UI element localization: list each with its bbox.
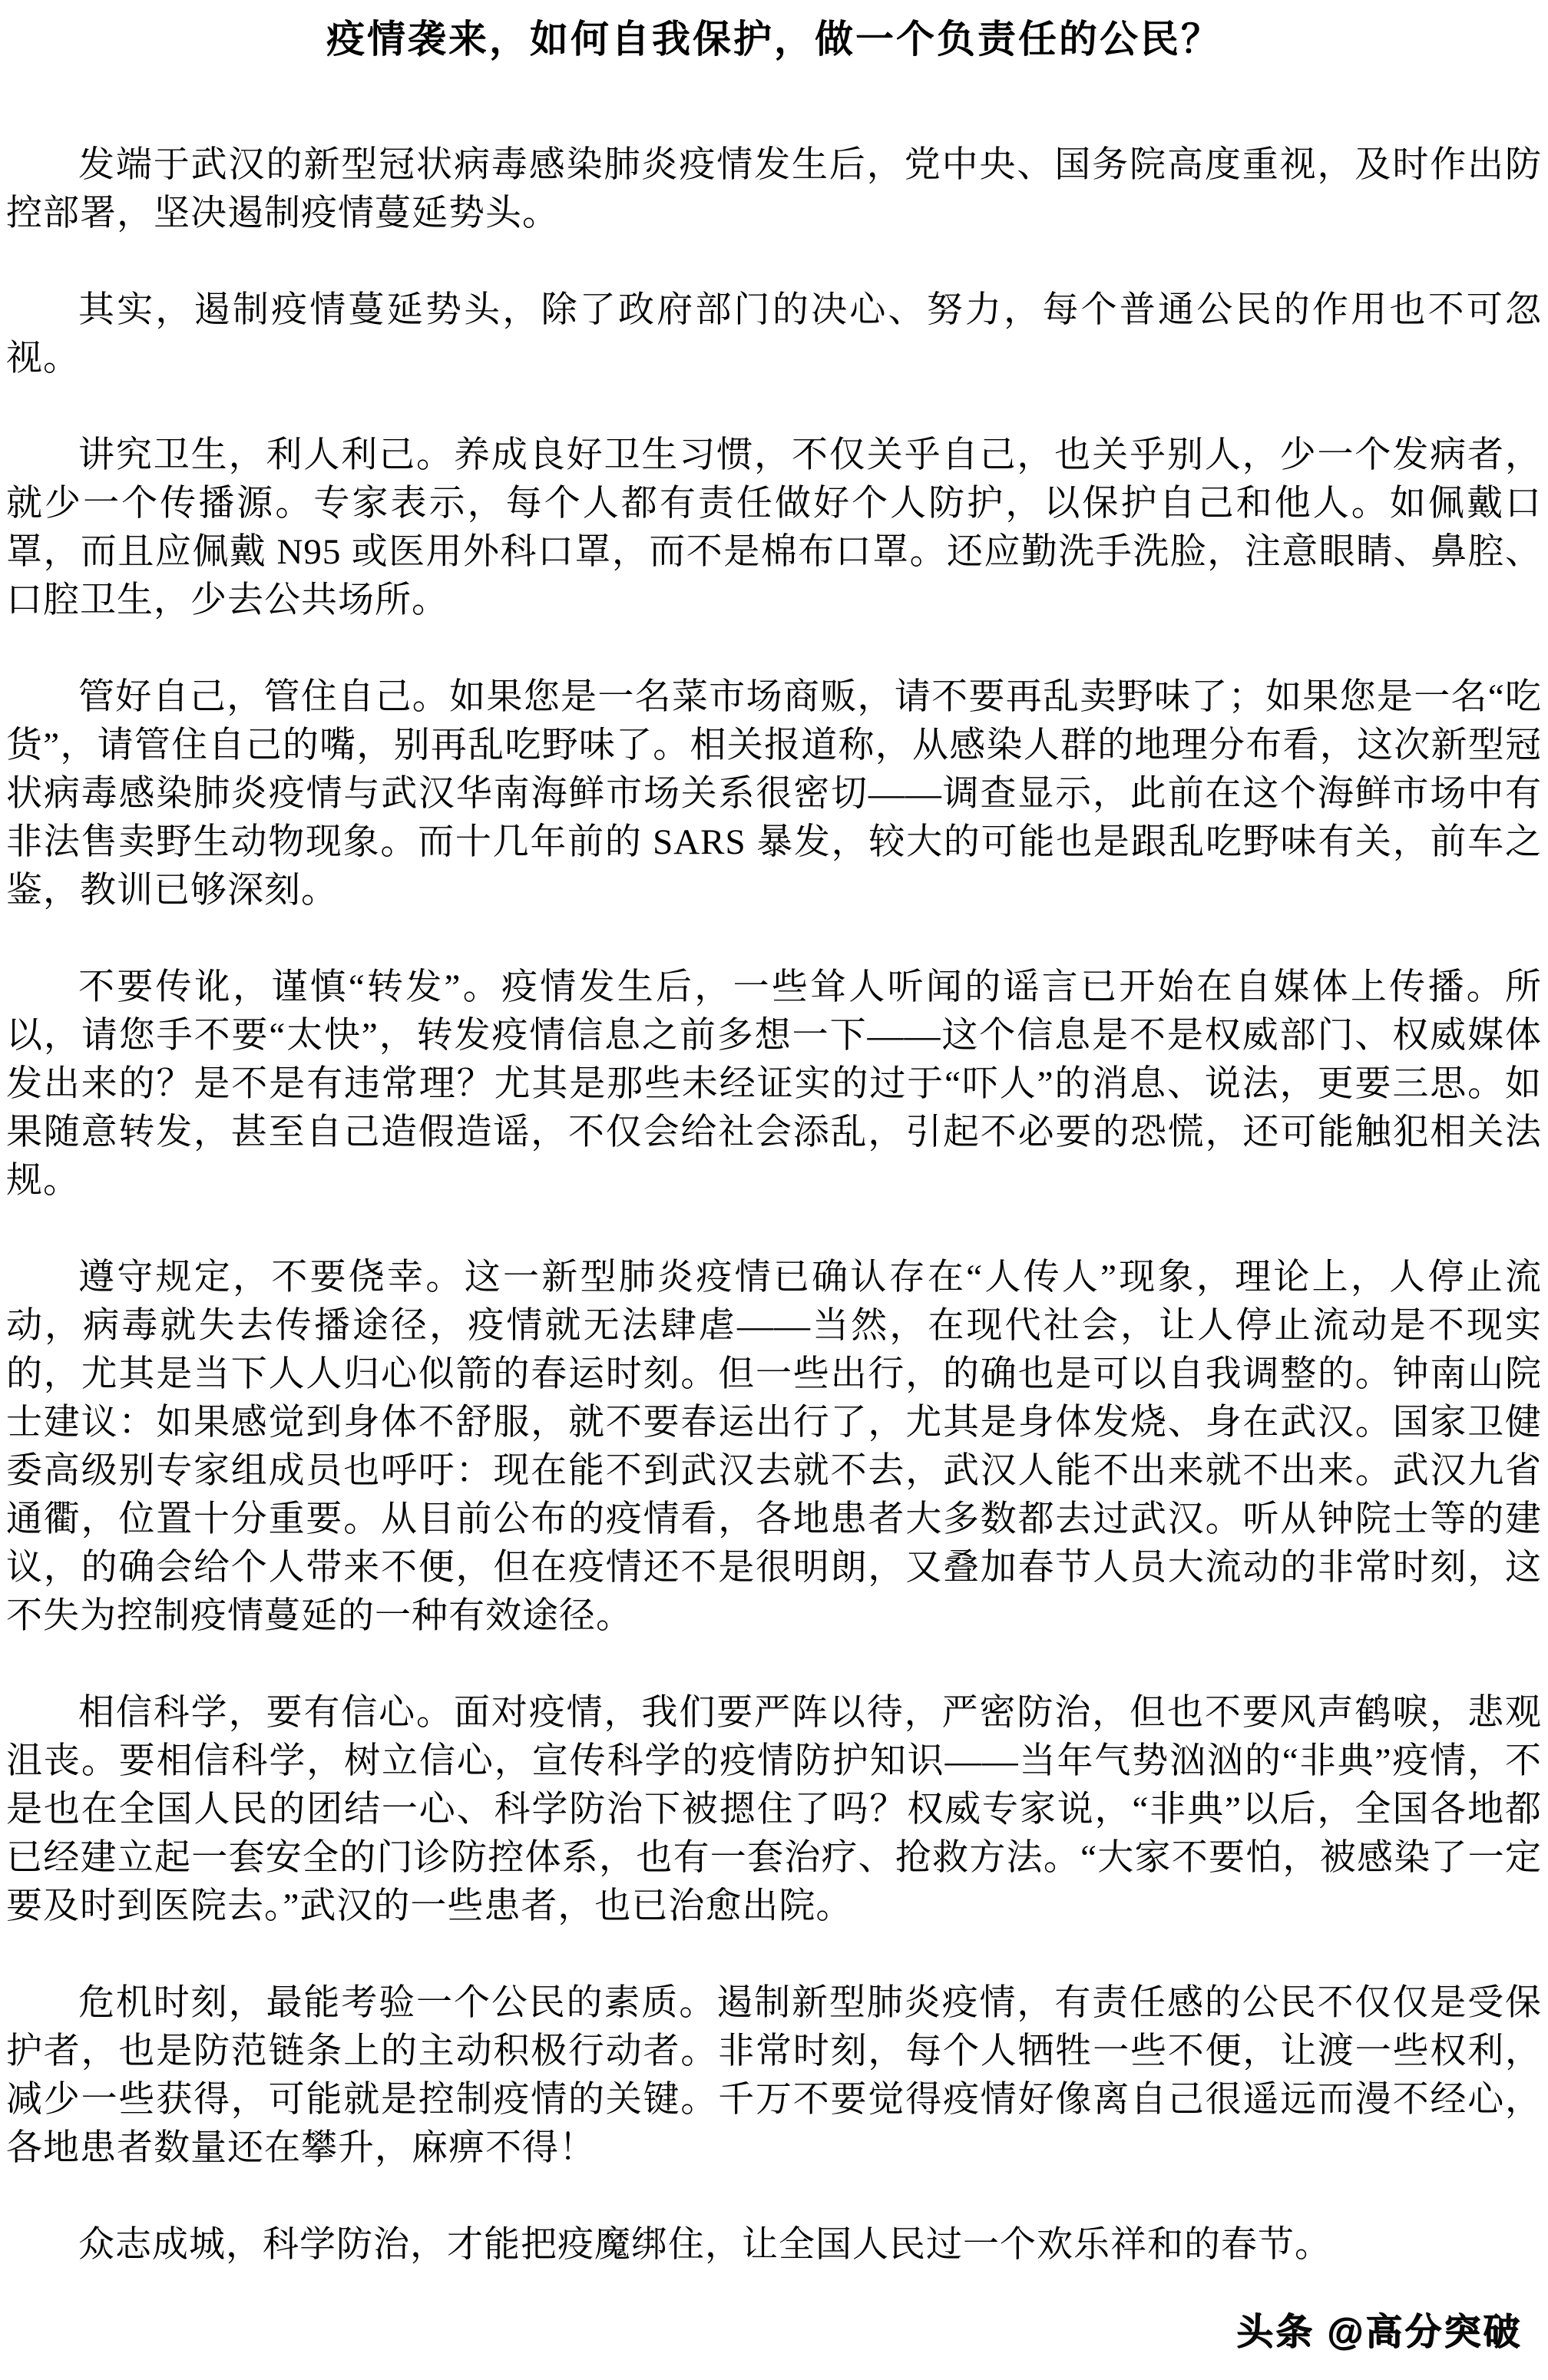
paragraph: 众志成城，科学防治，才能把疫魔绑住，让全国人民过一个欢乐祥和的春节。 xyxy=(6,2221,1542,2269)
paragraph: 遵守规定，不要侥幸。这一新型肺炎疫情已确认存在“人传人”现象，理论上，人停止流动… xyxy=(6,1254,1542,1641)
paragraph: 讲究卫生，利人利己。养成良好卫生习惯，不仅关乎自己，也关乎别人，少一个发病者，就… xyxy=(6,431,1542,625)
paragraph: 发端于武汉的新型冠状病毒感染肺炎疫情发生后，党中央、国务院高度重视，及时作出防控… xyxy=(6,141,1542,238)
toutiao-watermark: 头条 @高分突破 xyxy=(1236,2302,1522,2355)
page-title: 疫情袭来，如何自我保护，做一个负责任的公民？ xyxy=(6,14,1542,64)
article-page: 疫情袭来，如何自我保护，做一个负责任的公民？ 发端于武汉的新型冠状病毒感染肺炎疫… xyxy=(0,0,1548,2269)
paragraph: 其实，遏制疫情蔓延势头，除了政府部门的决心、努力，每个普通公民的作用也不可忽视。 xyxy=(6,286,1542,383)
paragraph: 管好自己，管住自己。如果您是一名菜市场商贩，请不要再乱卖野味了；如果您是一名“吃… xyxy=(6,673,1542,915)
paragraph: 相信科学，要有信心。面对疫情，我们要严阵以待，严密防治，但也不要风声鹤唳，悲观沮… xyxy=(6,1689,1542,1931)
paragraph: 危机时刻，最能考验一个公民的素质。遏制新型肺炎疫情，有责任感的公民不仅仅是受保护… xyxy=(6,1979,1542,2173)
paragraph: 不要传讹，谨慎“转发”。疫情发生后，一些耸人听闻的谣言已开始在自媒体上传播。所以… xyxy=(6,964,1542,1205)
